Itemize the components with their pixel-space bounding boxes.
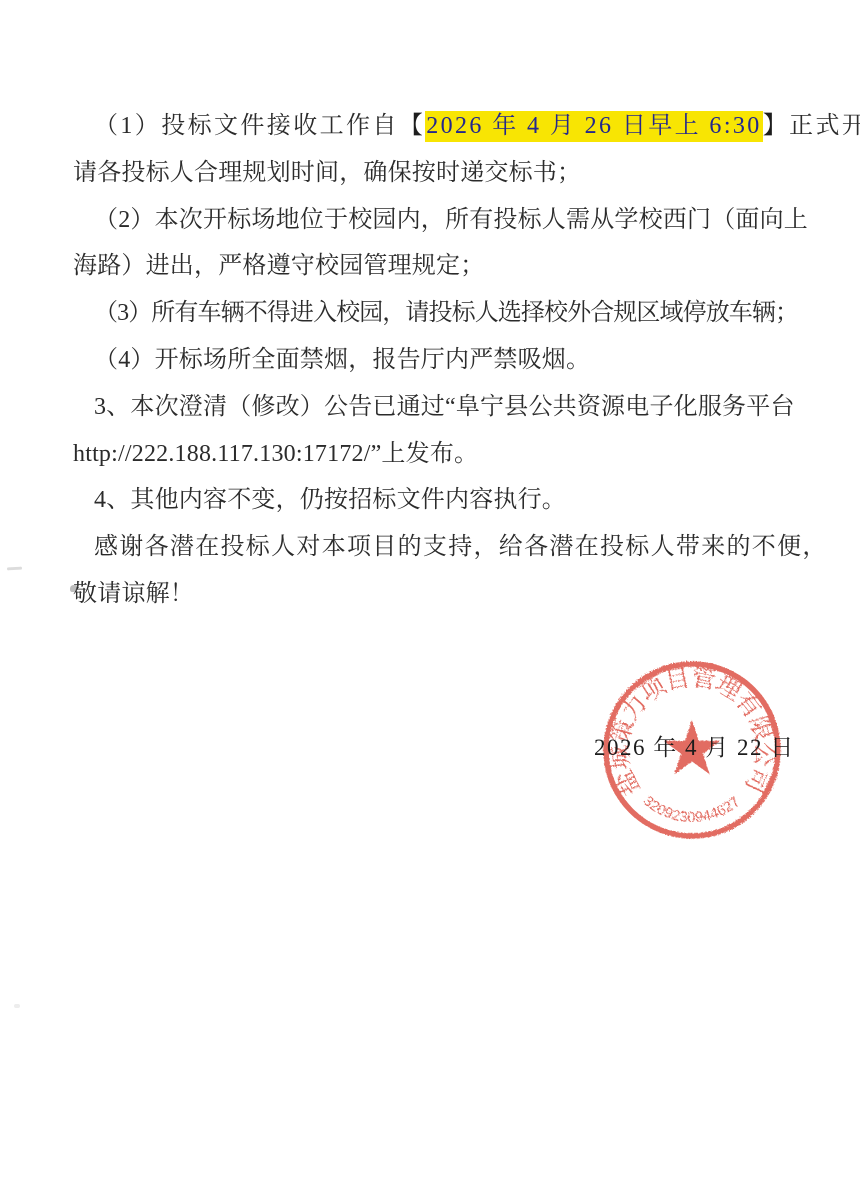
paragraph-1-line-1: （1）投标文件接收工作自【2026 年 4 月 26 日早上 6:30】正式开始… (73, 103, 823, 150)
scanned-document-page: （1）投标文件接收工作自【2026 年 4 月 26 日早上 6:30】正式开始… (0, 0, 860, 1180)
paragraph-4: （4）开标场所全面禁烟，报告厅内严禁吸烟。 (73, 337, 823, 384)
p1-open-bracket: 【 (399, 113, 425, 139)
signature-date: 2026 年 4 月 22 日 (594, 729, 795, 762)
document-body: （1）投标文件接收工作自【2026 年 4 月 26 日早上 6:30】正式开始… (73, 103, 823, 618)
p1-suffix: 正式开始， (789, 113, 860, 139)
thanks-line-1: 感谢各潜在投标人对本项目的支持，给各潜在投标人带来的不便， (73, 524, 823, 571)
clause-3-line-1: 3、本次澄清（修改）公告已通过“阜宁县公共资源电子化服务平台 (73, 384, 823, 431)
p1-close-bracket: 】 (763, 113, 789, 139)
thanks-line-2: 敬请谅解！ (73, 571, 823, 618)
scan-artifact (70, 585, 77, 592)
paragraph-2-line-1: （2）本次开标场地位于校园内，所有投标人需从学校西门（面向上 (73, 197, 823, 244)
seal-registration-number: 3209230944627 (640, 793, 744, 826)
scan-artifact (7, 567, 22, 571)
clause-4: 4、其他内容不变，仍按招标文件内容执行。 (73, 477, 823, 524)
paragraph-1-line-2: 请各投标人合理规划时间，确保按时递交标书； (73, 150, 823, 197)
highlighted-date-time: 2026 年 4 月 26 日早上 6:30 (425, 111, 762, 142)
clause-3-line-2-url: http://222.188.117.130:17172/”上发布。 (73, 431, 823, 478)
scan-artifact (14, 1004, 20, 1008)
paragraph-3: （3）所有车辆不得进入校园，请投标人选择校外合规区域停放车辆； (73, 290, 823, 337)
paragraph-2-line-2: 海路）进出，严格遵守校园管理规定； (73, 243, 823, 290)
p1-prefix: （1）投标文件接收工作自 (94, 113, 399, 139)
